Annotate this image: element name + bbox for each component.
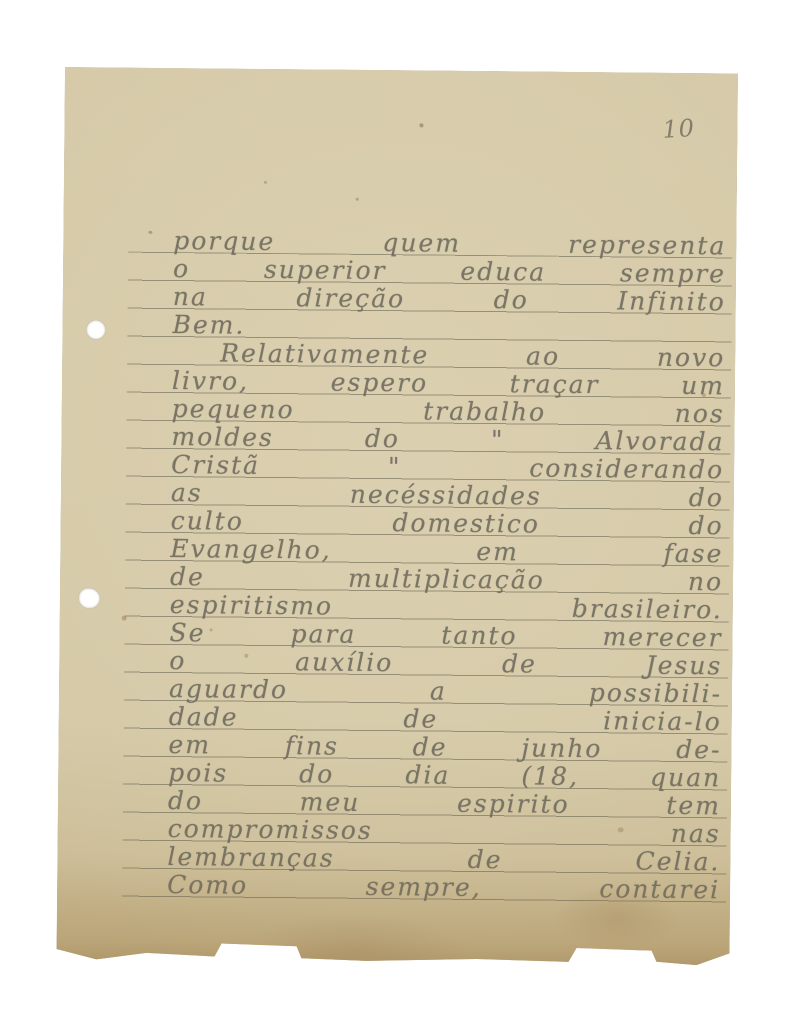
hole-punch-top — [86, 320, 105, 339]
foxing-spot — [122, 616, 127, 621]
foxing-spot — [264, 181, 267, 184]
foxing-spot — [356, 198, 359, 201]
manuscript-page: 10 porque quem representa o superior edu… — [56, 67, 738, 978]
hole-punch-bottom — [79, 588, 100, 608]
handwritten-line: Como sempre, contarei — [167, 868, 720, 901]
handwriting-block: porque quem representa o superior educa … — [167, 224, 726, 901]
foxing-spot — [419, 123, 423, 127]
foxing-spot — [148, 231, 152, 234]
scanned-manuscript: 10 porque quem representa o superior edu… — [0, 0, 807, 1024]
page-number: 10 — [662, 114, 696, 144]
